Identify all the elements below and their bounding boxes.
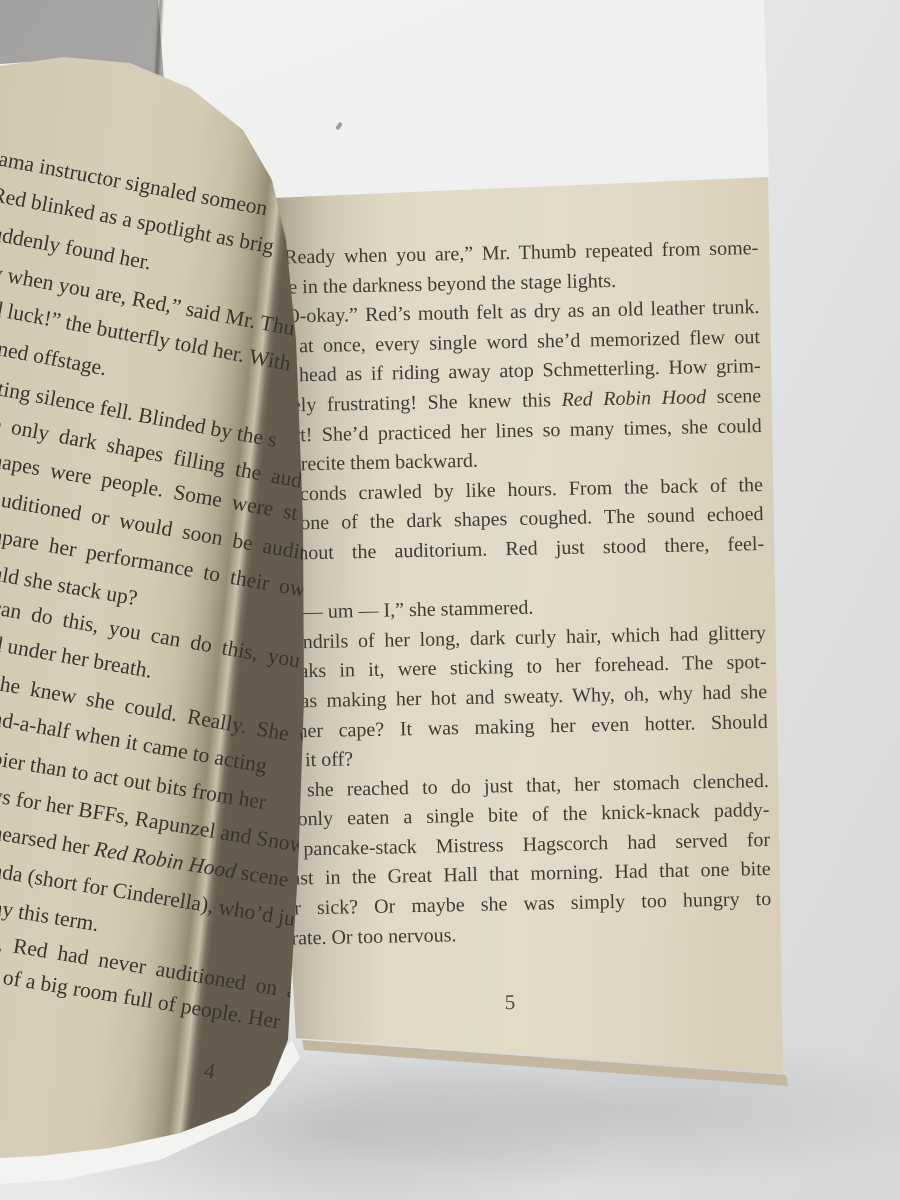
page-number: 4 — [202, 1057, 217, 1084]
open-book-photo: “Ready when you are,” Mr. Thumb repeated… — [0, 0, 900, 1200]
text-segment: scene — [706, 385, 761, 408]
right-page-text: “Ready when you are,” Mr. Thumb repeated… — [262, 234, 772, 954]
text-segment: scene — [234, 860, 290, 892]
italic-title: Red Robin Hood — [561, 386, 706, 411]
text-segment: hearsed her — [0, 820, 96, 860]
text-segment: ensely frustrating! She knew this — [265, 389, 562, 417]
